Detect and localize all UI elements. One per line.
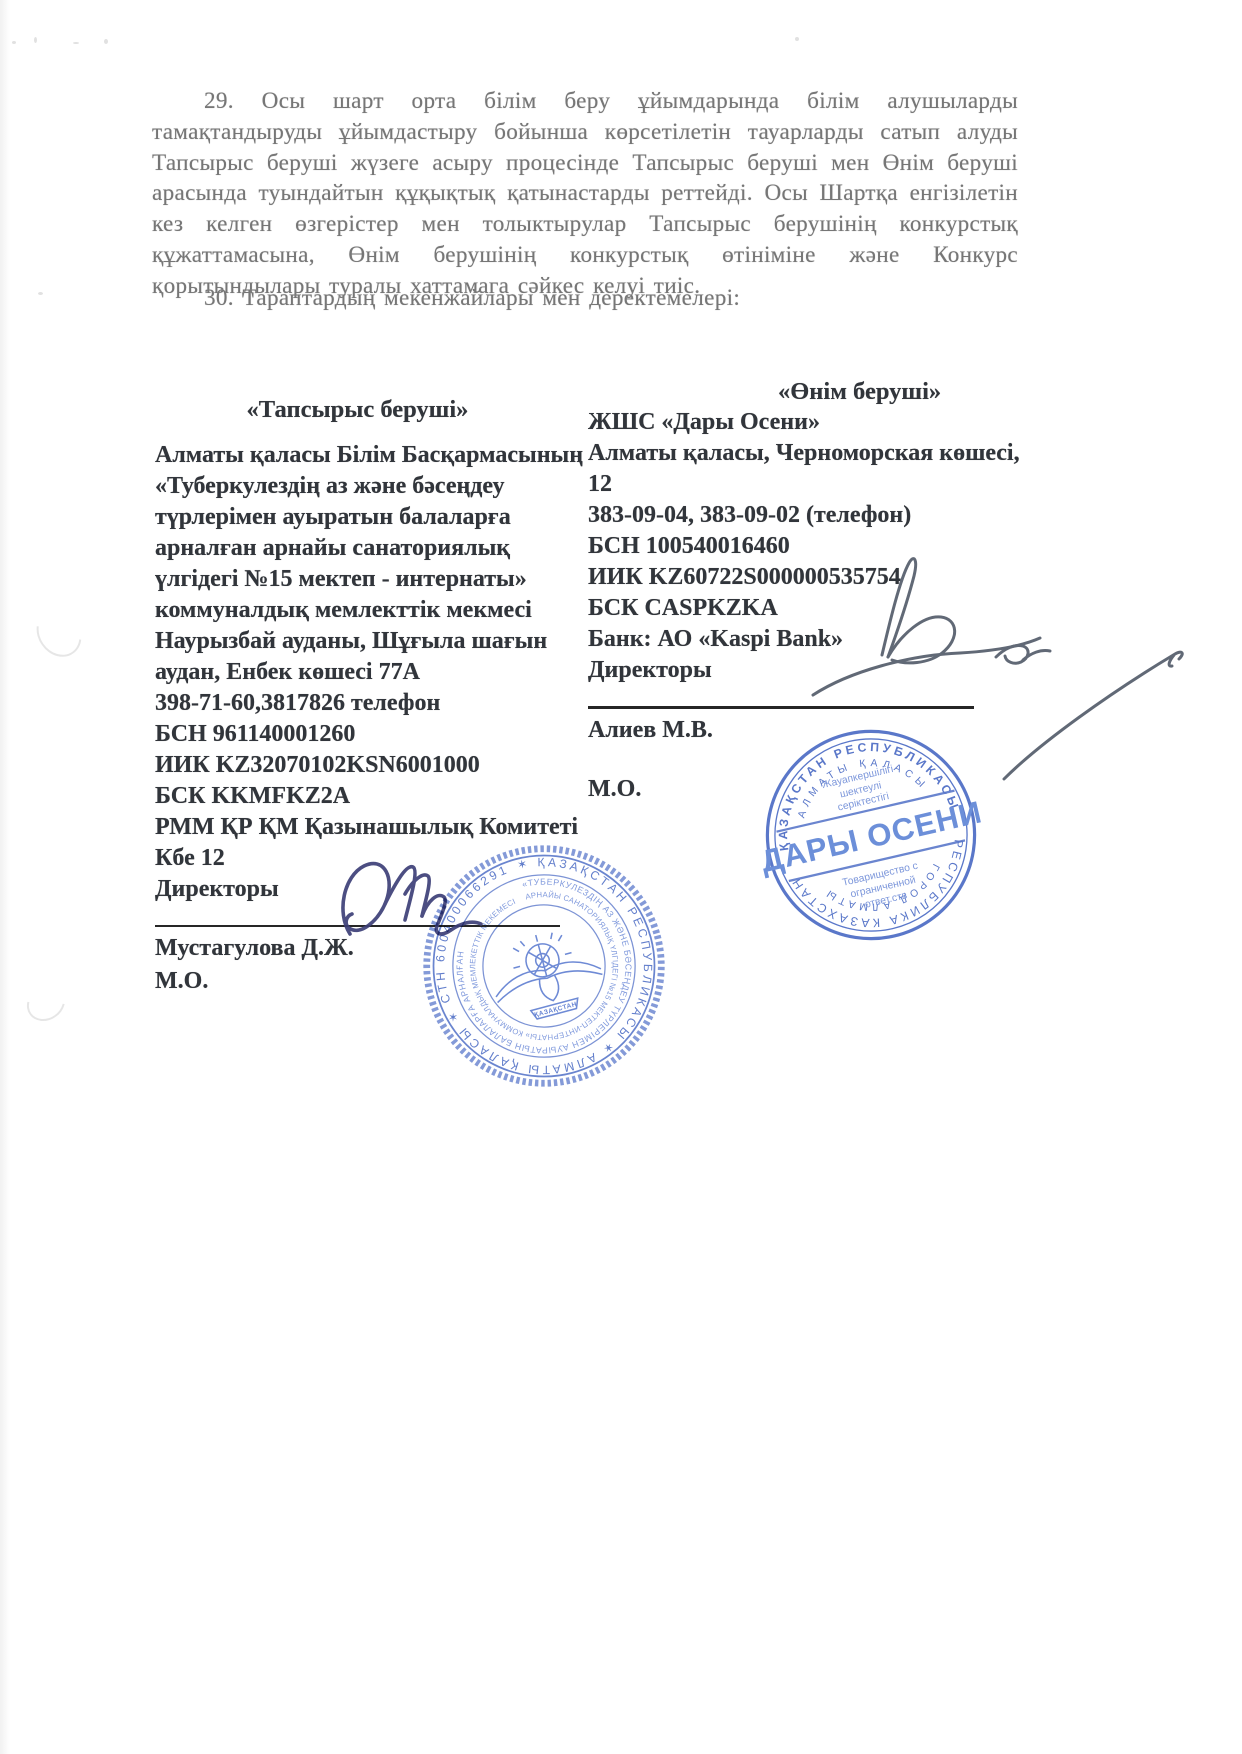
customer-detail-line: «Туберкулездің аз және бәсеңдеу [155,471,560,502]
customer-detail-line: арналған арнайы санаториялық [155,533,560,564]
supplier-detail-line: 383-09-04, 383-09-02 (телефон) [588,500,1000,531]
customer-detail-line: түрлерімен ауыратын балаларға [155,502,560,533]
scan-speck [34,37,37,43]
supplier-director-name: Алиев М.В. [588,715,1000,746]
supplier-signature-line [588,706,974,709]
svg-text:ГОРОД АЛМАТЫ: ГОРОД АЛМАТЫ [820,860,947,924]
scan-speck [795,37,799,41]
scan-arc-artifact [20,978,72,1029]
customer-detail-line: РММ ҚР ҚМ Қазынашылық Комитеті [155,812,560,843]
svg-text:РЕСПУБЛИКА КАЗАХСТАН: РЕСПУБЛИКА КАЗАХСТАН [787,836,981,948]
customer-director-label: Директоры [155,874,560,905]
customer-detail-line: үлгідегі №15 мектеп - интернаты» [155,564,560,595]
supplier-detail-line: БСК CASPKZKA [588,593,1000,624]
supplier-requisites-section: «Өнім беруші» ЖШС «Дары Осени» Алматы қа… [588,376,1000,805]
supplier-stamp-bottom-outer-arc: РЕСПУБЛИКА КАЗАХСТАН [787,836,981,948]
customer-signature-line [155,925,560,927]
customer-header: «Тапсырыс беруші» [155,394,560,425]
state-stamp-banner-text: ҚАЗАҚСТАН [534,1001,578,1019]
customer-detail-line: коммуналдық мемлекттік мекмесі [155,595,560,626]
customer-detail-line: ИИК KZ32070102KSN6001000 [155,750,560,781]
customer-detail-line: Наурызбай ауданы, Шұғыла шағын [155,626,560,657]
supplier-stamp-lower-text-3: ответ.ств [864,890,909,910]
supplier-header: «Өнім беруші» [588,376,1000,407]
supplier-detail-line: Алматы қаласы, Черноморская көшесі, [588,438,1000,469]
customer-detail-line: Кбе 12 [155,843,560,874]
supplier-stamp-banner-text: ДАРЫ ОСЕНИ [757,794,985,879]
supplier-stamp-lower-text-2: ограниченной [849,875,917,901]
supplier-detail-line: ЖШС «Дары Осени» [588,407,1000,438]
scan-speck [73,42,79,44]
clause-30-paragraph: 30. Тараптардың мекенжайлары мен деректе… [152,283,1018,314]
supplier-director-label: Директоры [588,655,1000,686]
customer-detail-line: 398-71-60,3817826 телефон [155,688,560,719]
clause-29-paragraph: 29. Осы шарт орта білім беру ұйымдарында… [152,86,1018,302]
supplier-stamp-bottom-inner-arc: ГОРОД АЛМАТЫ [820,860,947,924]
customer-detail-line: БСН 961140001260 [155,719,560,750]
customer-director-name: Мустагулова Д.Ж. [155,933,560,964]
customer-detail-line: Алматы қаласы Білім Басқармасының [155,440,560,471]
scan-speck [38,292,43,295]
customer-requisites-section: «Тапсырыс беруші» Алматы қаласы Білім Ба… [155,394,560,997]
supplier-detail-line: 12 [588,469,1000,500]
scan-arc-artifact [27,600,90,665]
scanned-contract-page: 29. Осы шарт орта білім беру ұйымдарында… [0,0,1242,1754]
supplier-seal-mark: М.О. [588,774,1000,805]
scan-speck [12,41,16,44]
supplier-stamp-lower-text-1: Товарищество с [841,861,919,889]
supplier-detail-line: БСН 100540016460 [588,531,1000,562]
scan-speck [104,39,108,44]
customer-detail-line: аудан, Енбек көшесі 77А [155,657,560,688]
customer-detail-line: БСК KKMFKZ2A [155,781,560,812]
supplier-detail-line: ИИК KZ60722S000000535754 [588,562,1000,593]
customer-seal-mark: М.О. [155,966,560,997]
supplier-detail-line: Банк: АО «Kaspi Bank» [588,624,1000,655]
